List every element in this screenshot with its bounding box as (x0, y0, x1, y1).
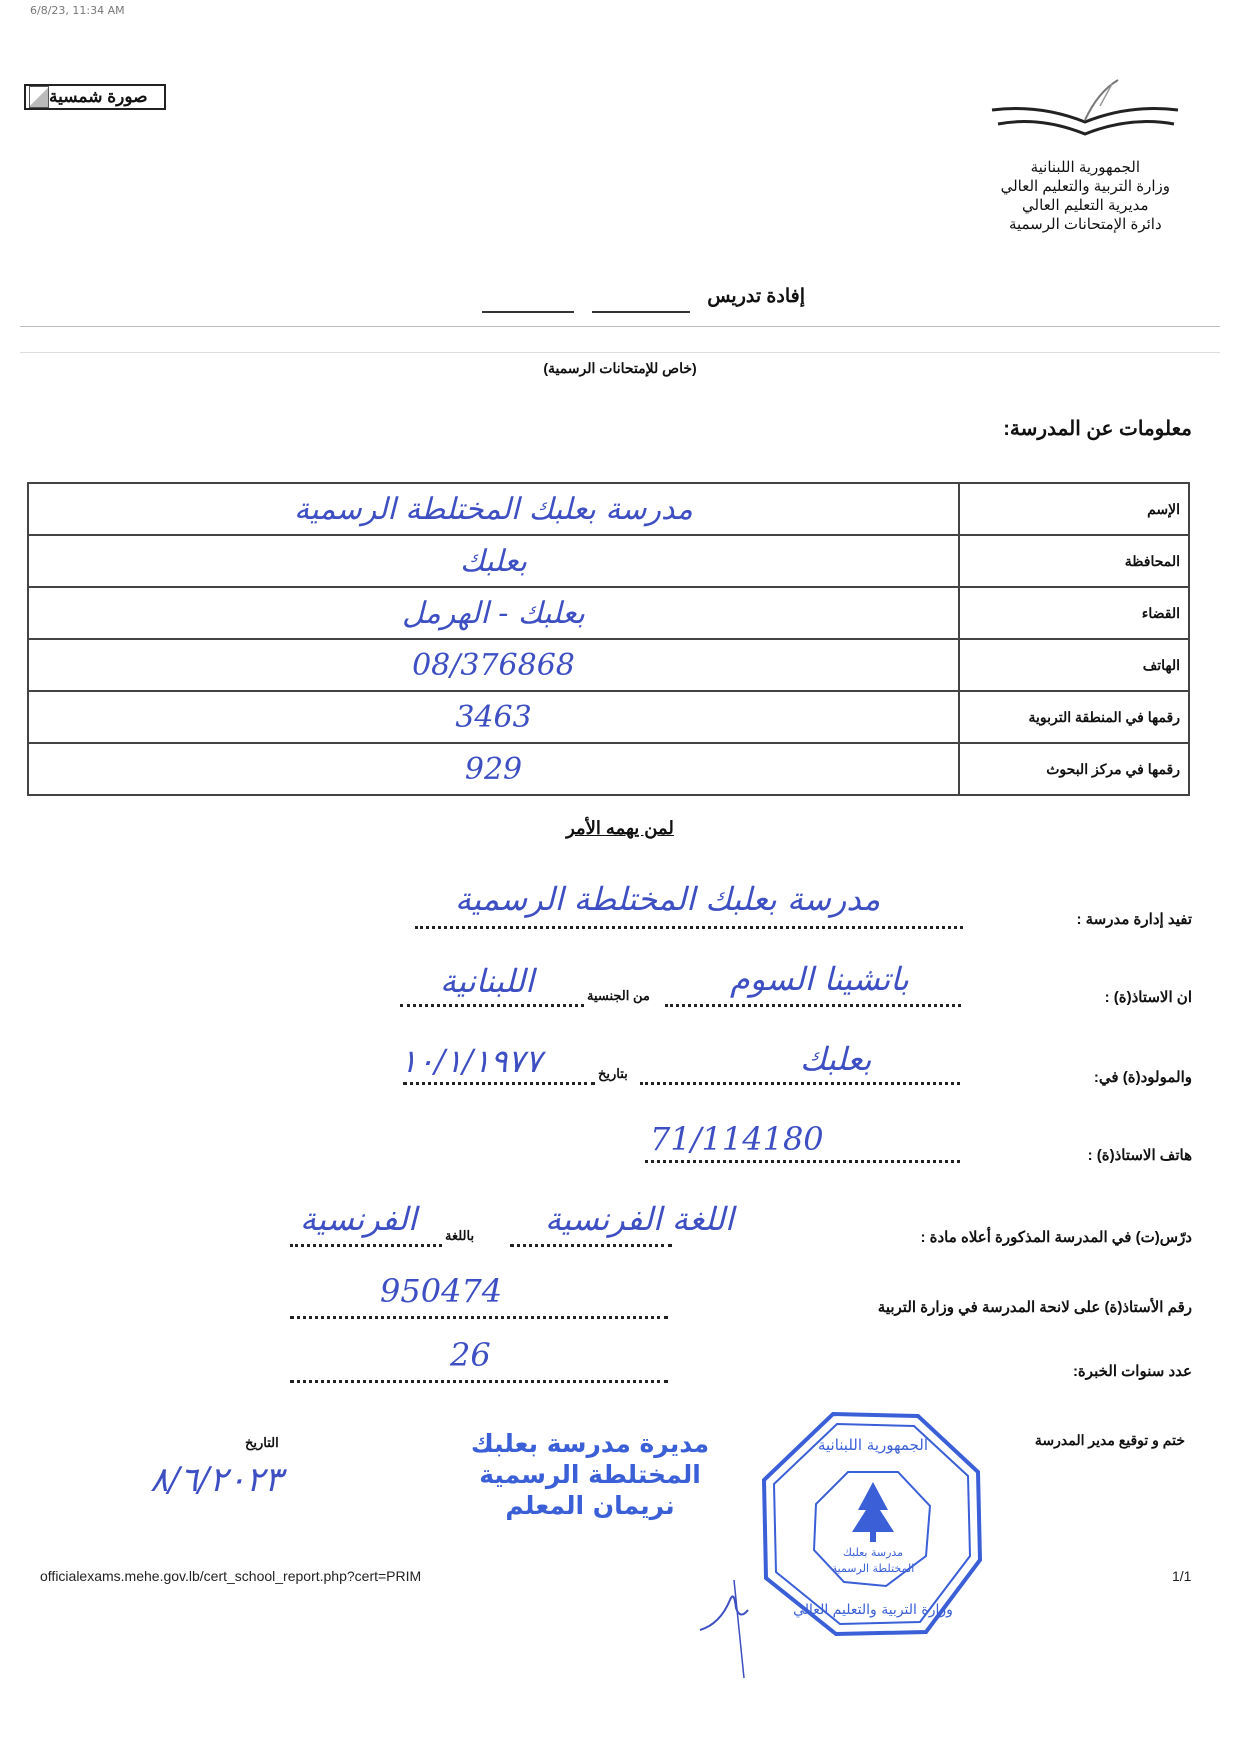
experience-value: 26 (450, 1336, 491, 1374)
teacher-name-value: باتشينا السوم (730, 960, 909, 998)
divider (20, 352, 1220, 353)
date-value: ٨/٦/٢٠٢٣ (150, 1460, 282, 1500)
document-title: إفادة تدريس (707, 285, 805, 308)
subject-value: اللغة الفرنسية (545, 1200, 734, 1238)
table-row: بعلبك - الهرمل القضاء (28, 587, 1189, 639)
nationality-label: من الجنسية (587, 988, 650, 1004)
school-admin-label: تفيد إدارة مدرسة : (1076, 910, 1192, 928)
table-row: 3463 رقمها في المنطقة التربوية (28, 691, 1189, 743)
subject-taught-label: درّس(ت) في المدرسة المذكورة أعلاه مادة : (920, 1228, 1192, 1246)
school-name-value: مدرسة بعلبك المختلطة الرسمية (28, 483, 959, 535)
title-underline (514, 311, 552, 313)
ministry-line-ministry: وزارة التربية والتعليم العالي (1001, 177, 1170, 196)
ministry-header: الجمهورية اللبنانية وزارة التربية والتعل… (1001, 158, 1170, 234)
district-label: القضاء (959, 587, 1189, 639)
director-stamp: مديرة مدرسة بعلبك المختلطة الرسمية نريما… (440, 1428, 740, 1521)
born-place-line (640, 1082, 960, 1085)
table-row: 08/376868 الهاتف (28, 639, 1189, 691)
phone-value: 08/376868 (28, 639, 959, 691)
table-row: بعلبك المحافظة (28, 535, 1189, 587)
svg-text:وزارة التربية والتعليم العالي: وزارة التربية والتعليم العالي (793, 1602, 953, 1618)
ministry-number-value: 950474 (380, 1272, 502, 1310)
ministry-number-label: رقم الأستاذ(ة) على لانحة المدرسة في وزار… (878, 1298, 1192, 1316)
teacher-phone-value: 71/114180 (650, 1120, 824, 1158)
language-label: باللغة (445, 1228, 474, 1244)
school-seal-icon: الجمهورية اللبنانية وزارة التربية والتعل… (758, 1410, 988, 1640)
born-place-value: بعلبك (800, 1040, 872, 1078)
school-info-table: مدرسة بعلبك المختلطة الرسمية الإسم بعلبك… (27, 482, 1190, 796)
photo-placeholder: صورة شمسية (24, 84, 166, 110)
date-label: التاريخ (245, 1435, 279, 1451)
teacher-phone-line (645, 1160, 960, 1163)
divider (20, 326, 1220, 327)
director-stamp-line: المختلطة الرسمية (440, 1459, 740, 1490)
research-center-number-value: 929 (28, 743, 959, 795)
to-whom-text: لمن يهمه الأمر (566, 818, 674, 838)
photo-label: صورة شمسية (49, 87, 148, 107)
director-name: نريمان المعلم (440, 1490, 740, 1521)
language-line (290, 1244, 442, 1247)
title-underline (592, 311, 690, 313)
born-date-line (403, 1082, 595, 1085)
ministry-number-line (290, 1316, 668, 1319)
svg-text:المختلطة الرسمية: المختلطة الرسمية (832, 1562, 915, 1575)
experience-line (290, 1380, 668, 1383)
nationality-value: اللبنانية (440, 962, 534, 1000)
educational-zone-number-value: 3463 (28, 691, 959, 743)
to-whom-heading: لمن يهمه الأمر (0, 818, 1240, 839)
document-subtitle: (خاص للإمتحانات الرسمية) (0, 360, 1240, 377)
teacher-phone-label: هاتف الاستاذ(ة) : (1088, 1146, 1192, 1164)
born-date-value: ١٠/١/١٩٧٧ (400, 1042, 542, 1080)
ministry-line-directorate: مديرية التعليم العالي (1001, 196, 1170, 215)
title-block: إفادة تدريس (0, 285, 1240, 325)
ministry-line-department: دائرة الإمتحانات الرسمية (1001, 215, 1170, 234)
section-heading-school-info: معلومات عن المدرسة: (1003, 416, 1192, 441)
stamp-signature-label: ختم و توقيع مدير المدرسة (1035, 1432, 1185, 1449)
ministry-logo-icon (990, 76, 1180, 146)
page-number: 1/1 (1172, 1568, 1191, 1584)
governorate-value: بعلبك (28, 535, 959, 587)
svg-text:مدرسة بعلبك: مدرسة بعلبك (843, 1546, 903, 1559)
educational-zone-number-label: رقمها في المنطقة التربوية (959, 691, 1189, 743)
ministry-line-republic: الجمهورية اللبنانية (1001, 158, 1170, 177)
teacher-label: ان الاستاذ(ة) : (1105, 988, 1192, 1006)
nationality-line (400, 1004, 584, 1007)
school-name-label: الإسم (959, 483, 1189, 535)
phone-label: الهاتف (959, 639, 1189, 691)
director-stamp-line: مديرة مدرسة بعلبك (440, 1428, 740, 1459)
subject-line (510, 1244, 672, 1247)
research-center-number-label: رقمها في مركز البحوث (959, 743, 1189, 795)
director-signature (690, 1560, 770, 1680)
teacher-name-line (665, 1004, 961, 1007)
table-row: مدرسة بعلبك المختلطة الرسمية الإسم (28, 483, 1189, 535)
born-date-label: بتاريخ (598, 1066, 628, 1082)
born-in-label: والمولود(ة) في: (1094, 1068, 1192, 1086)
school-admin-line (415, 926, 963, 929)
broken-image-icon (29, 86, 49, 108)
school-admin-value: مدرسة بعلبك المختلطة الرسمية (455, 880, 880, 918)
experience-label: عدد سنوات الخبرة: (1073, 1362, 1192, 1380)
svg-text:الجمهورية اللبنانية: الجمهورية اللبنانية (818, 1436, 928, 1454)
governorate-label: المحافظة (959, 535, 1189, 587)
language-value: الفرنسية (300, 1200, 417, 1238)
footer-url: officialexams.mehe.gov.lb/cert_school_re… (40, 1568, 421, 1584)
print-timestamp: 6/8/23, 11:34 AM (30, 4, 125, 17)
district-value: بعلبك - الهرمل (28, 587, 959, 639)
table-row: 929 رقمها في مركز البحوث (28, 743, 1189, 795)
